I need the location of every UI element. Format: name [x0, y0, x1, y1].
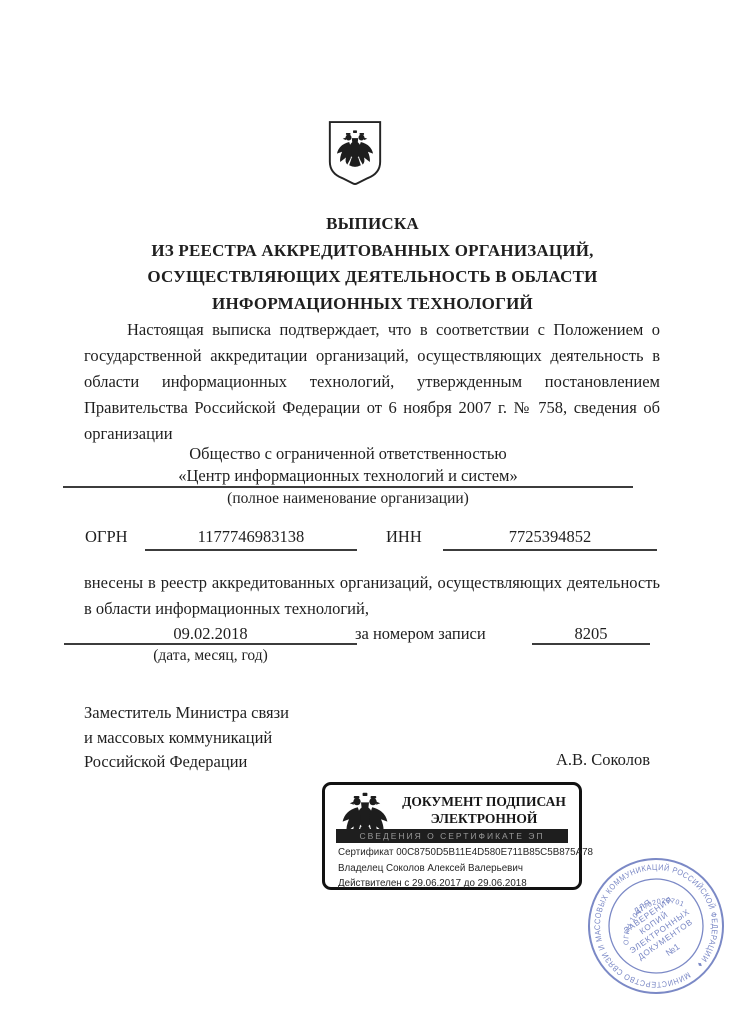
signer-position-line: Заместитель Министра связи	[84, 701, 384, 726]
esign-validity: Действителен с 29.06.2017 до 29.06.2018	[338, 878, 576, 889]
date-underline	[64, 643, 357, 645]
title-line: ОСУЩЕСТВЛЯЮЩИХ ДЕЯТЕЛЬНОСТЬ В ОБЛАСТИ	[0, 264, 745, 291]
coat-of-arms-icon	[325, 120, 385, 186]
inn-underline	[443, 549, 657, 551]
esign-title-line1: ДОКУМЕНТ ПОДПИСАН	[393, 794, 575, 811]
signer-name: А.В. Соколов	[510, 750, 650, 770]
registration-date: 09.02.2018	[64, 624, 357, 644]
document-title: ВЫПИСКА ИЗ РЕЕСТРА АККРЕДИТОВАННЫХ ОРГАН…	[0, 211, 745, 317]
esign-certificate-bar: СВЕДЕНИЯ О СЕРТИФИКАТЕ ЭП	[336, 829, 568, 843]
organization-name-line2: «Центр информационных технологий и систе…	[63, 466, 633, 486]
registry-paragraph: внесены в реестр аккредитованных организ…	[84, 570, 660, 622]
round-ink-stamp: МИНИСТЕРСТВО СВЯЗИ И МАССОВЫХ КОММУНИКАЦ…	[582, 852, 730, 1000]
esign-certificate-number: Сертификат 00C8750D5B11E4D580E711B85C5B8…	[338, 847, 576, 858]
inn-label: ИНН	[386, 527, 422, 547]
record-number-label: за номером записи	[355, 624, 486, 644]
esign-owner: Владелец Соколов Алексей Валерьевич	[338, 863, 576, 874]
date-caption: (дата, месяц, год)	[64, 647, 357, 665]
signer-position: Заместитель Министра связи и массовых ко…	[84, 701, 384, 775]
organization-name-line1: Общество с ограниченной ответственностью	[63, 444, 633, 464]
intro-paragraph: Настоящая выписка подтверждает, что в со…	[84, 317, 660, 447]
signer-position-line: и массовых коммуникаций	[84, 726, 384, 751]
ogrn-label: ОГРН	[85, 527, 128, 547]
document-page: ВЫПИСКА ИЗ РЕЕСТРА АККРЕДИТОВАННЫХ ОРГАН…	[0, 0, 745, 1024]
title-line: ИЗ РЕЕСТРА АККРЕДИТОВАННЫХ ОРГАНИЗАЦИЙ,	[0, 238, 745, 265]
organization-name-underline	[63, 486, 633, 488]
signer-position-line: Российской Федерации	[84, 750, 384, 775]
title-line: ИНФОРМАЦИОННЫХ ТЕХНОЛОГИЙ	[0, 291, 745, 318]
ogrn-value: 1177746983138	[145, 527, 357, 547]
title-line: ВЫПИСКА	[0, 211, 745, 238]
organization-name-caption: (полное наименование организации)	[63, 490, 633, 508]
record-number-value: 8205	[532, 624, 650, 644]
ogrn-underline	[145, 549, 357, 551]
electronic-signature-stamp: ДОКУМЕНТ ПОДПИСАН ЭЛЕКТРОННОЙ ПОДПИСЬЮ С…	[322, 782, 582, 890]
inn-value: 7725394852	[443, 527, 657, 547]
record-number-underline	[532, 643, 650, 645]
